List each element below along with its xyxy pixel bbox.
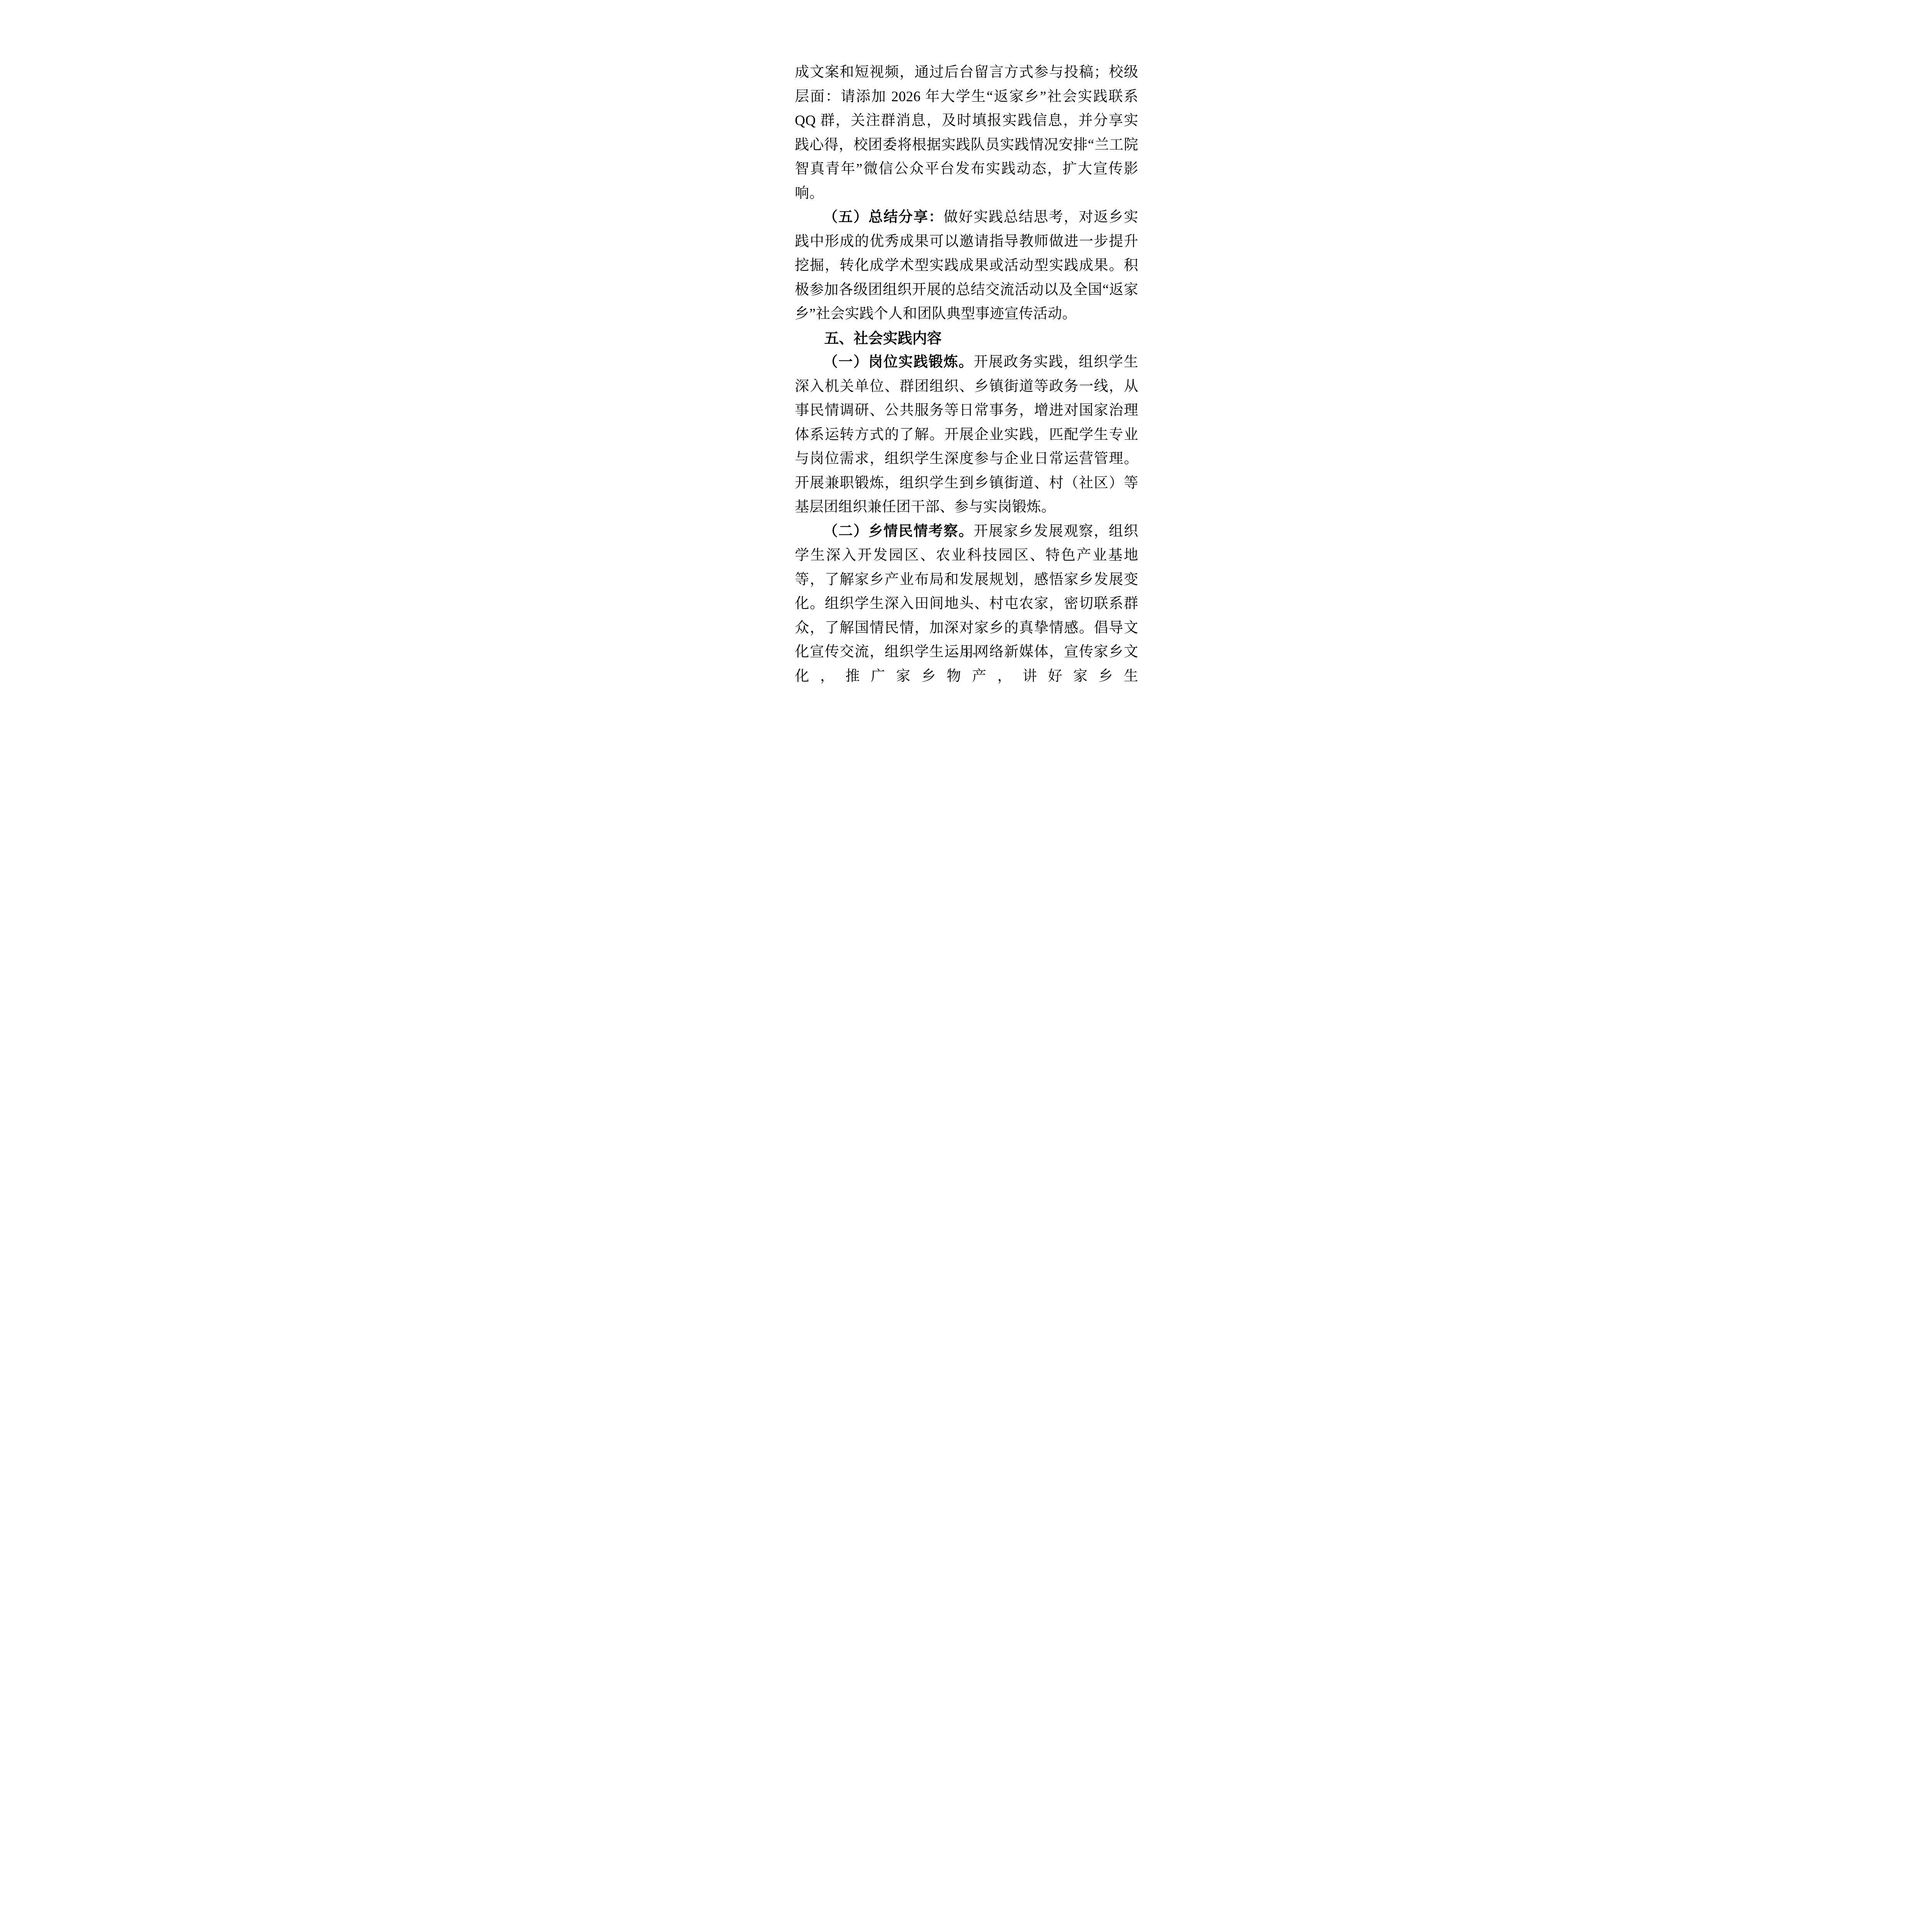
paragraph-lead: （二）乡情民情考察。 [823,524,974,539]
paragraph-lead: （一）岗位实践锻炼。 [823,354,974,370]
paragraph: （一）岗位实践锻炼。开展政务实践，组织学生深入机关单位、群团组织、乡镇街道等政务… [795,350,1138,520]
paragraph-lead: （五）总结分享： [823,209,944,225]
paragraph: （五）总结分享：做好实践总结思考，对返乡实践中形成的优秀成果可以邀请指导教师做进… [795,206,1138,327]
page-number: - 3 - [956,647,977,658]
document-body: 成文案和短视频，通过后台留言方式参与投稿；校级层面：请添加 2026 年大学生“… [795,61,1138,689]
page-footer: - 3 - [719,646,1213,659]
paragraph: 成文案和短视频，通过后台留言方式参与投稿；校级层面：请添加 2026 年大学生“… [795,61,1138,206]
section-heading: 五、社会实践内容 [795,327,1138,351]
paragraph: （二）乡情民情考察。开展家乡发展观察，组织学生深入开发园区、农业科技园区、特色产… [795,520,1138,689]
document-page: 成文案和短视频，通过后台留言方式参与投稿；校级层面：请添加 2026 年大学生“… [719,0,1213,699]
